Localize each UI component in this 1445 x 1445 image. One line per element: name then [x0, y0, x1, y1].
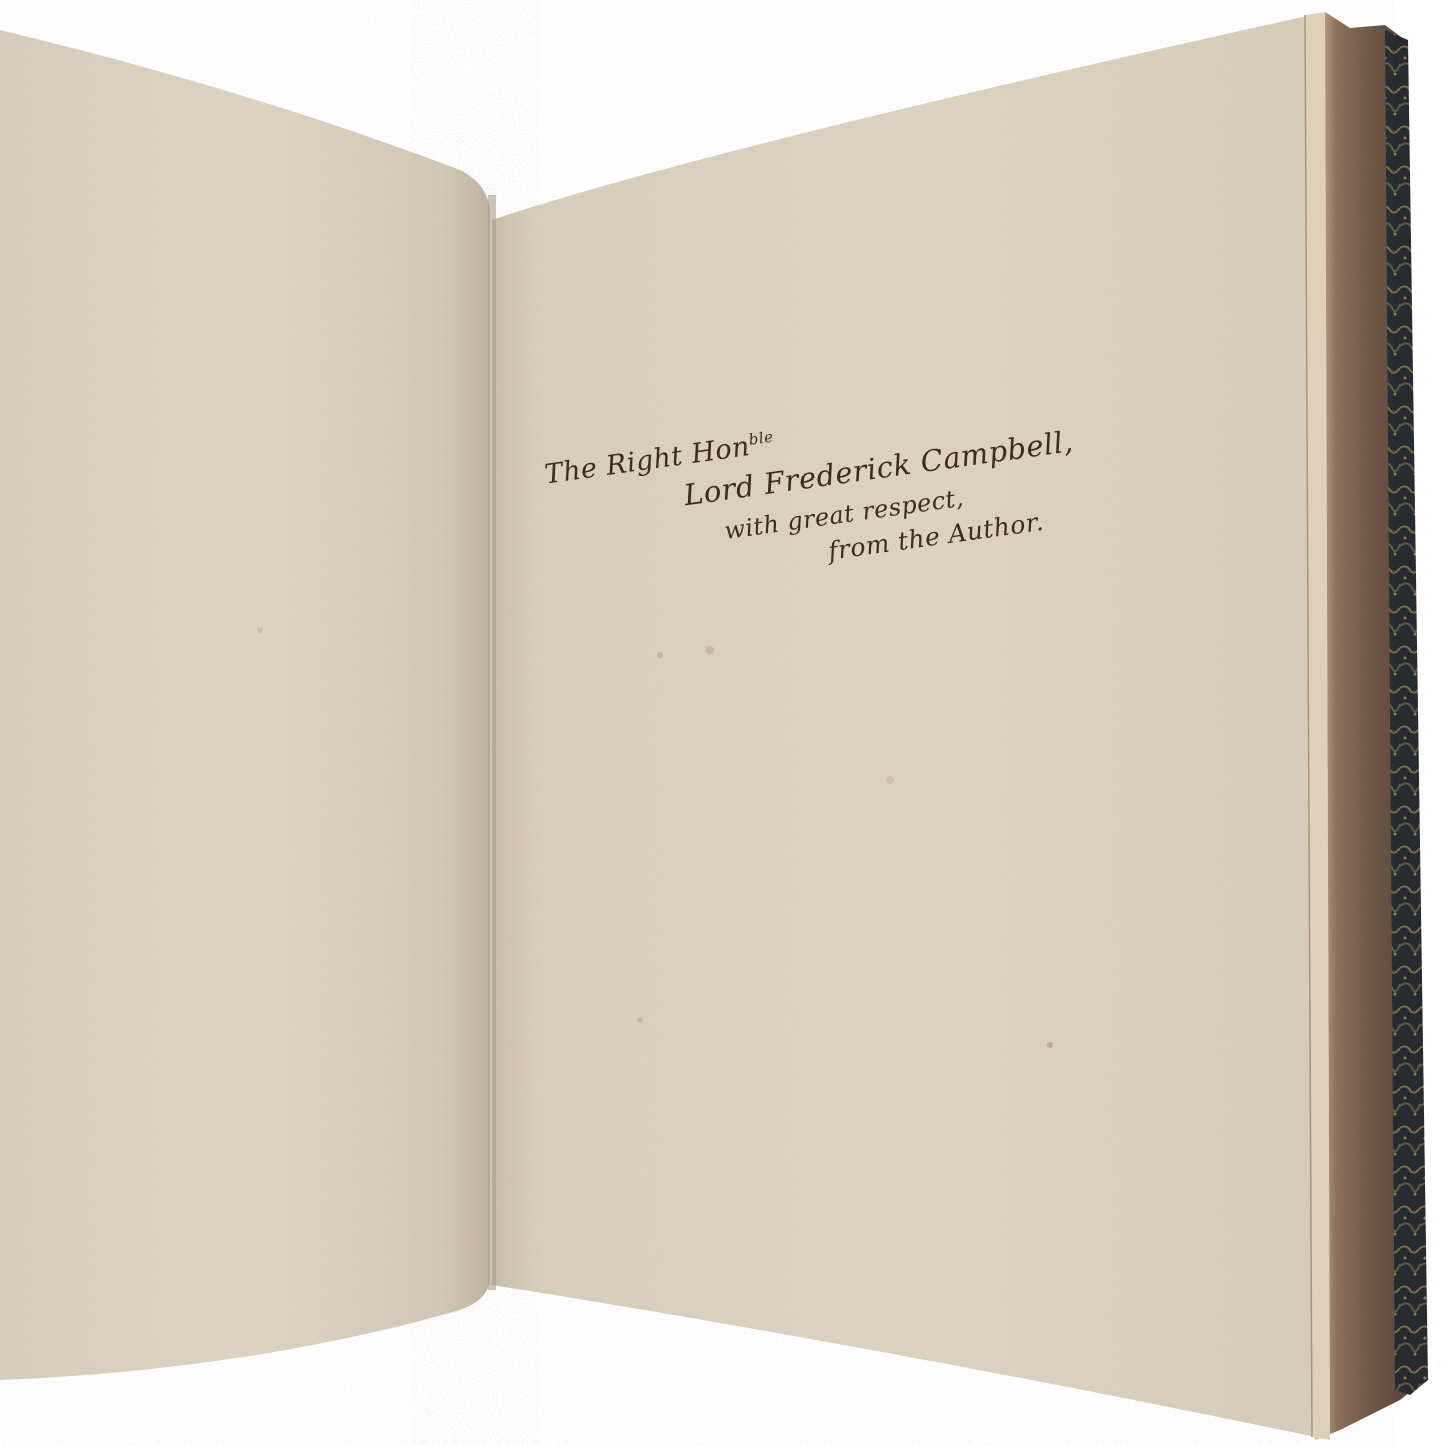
photo-scene: The Right Honble Lord Frederick Campbell… — [0, 0, 1445, 1445]
open-book — [0, 0, 1445, 1445]
